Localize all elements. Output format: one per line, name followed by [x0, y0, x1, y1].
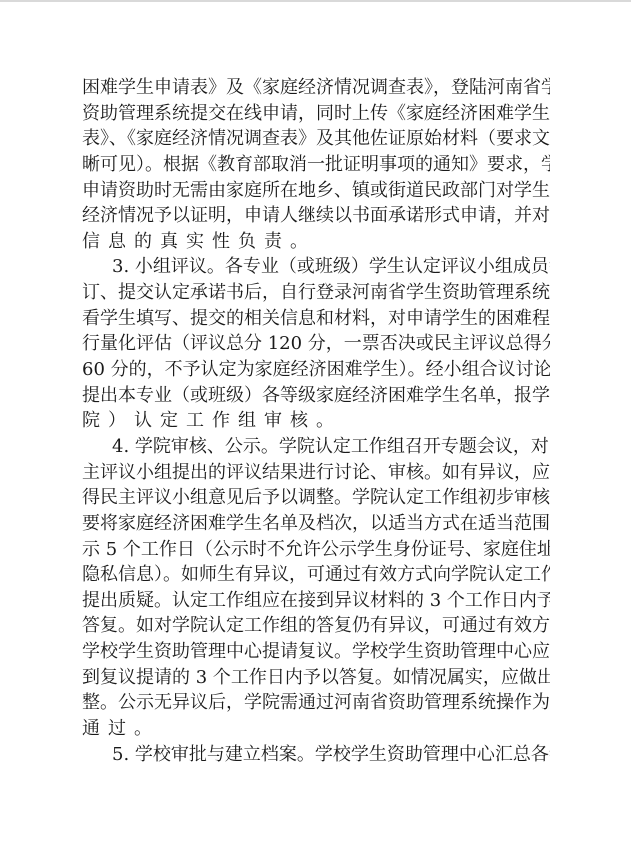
document-body: 困难学生申请表》及《家庭经济情况调查表》，登陆河南省学生 资助管理系统提交在线申…: [82, 75, 550, 767]
paragraph-step-4-college-review: 4. 学院审核、公示。学院认定工作组召开专题会议，对民 主评议小组提出的评议结果…: [82, 434, 550, 742]
text-line: 申请资助时无需由家庭所在地乡、镇或街道民政部门对学生家庭: [82, 178, 550, 204]
text-line: 看学生填写、提交的相关信息和材料，对申请学生的困难程度进: [82, 306, 550, 332]
text-line: 到复议提请的 3 个工作日内予以答复。如情况属实，应做出调: [82, 665, 550, 691]
text-line: 困难学生申请表》及《家庭经济情况调查表》，登陆河南省学生: [82, 75, 550, 101]
text-line: 隐私信息）。如师生有异议，可通过有效方式向学院认定工作组: [82, 562, 550, 588]
text-line: 整。公示无异议后，学院需通过河南省资助管理系统操作为审核: [82, 690, 550, 716]
text-line: 提出质疑。认定工作组应在接到异议材料的 3 个工作日内予以: [82, 588, 550, 614]
text-line: 表》、《家庭经济情况调查表》及其他佐证原始材料（要求文字清: [82, 126, 550, 152]
text-line: 提出本专业（或班级）各等级家庭经济困难学生名单，报学院（书: [82, 383, 550, 409]
paragraph-application-continued: 困难学生申请表》及《家庭经济情况调查表》，登陆河南省学生 资助管理系统提交在线申…: [82, 75, 550, 254]
step-heading-line: 4. 学院审核、公示。学院认定工作组召开专题会议，对民: [82, 434, 550, 460]
text-line: 示 5 个工作日（公示时不允许公示学生身份证号、家庭住址等: [82, 537, 550, 563]
text-line: 主评议小组提出的评议结果进行讨论、审核。如有异议，应在征: [82, 460, 550, 486]
text-line: 资助管理系统提交在线申请，同时上传《家庭经济困难学生申请: [82, 101, 550, 127]
paragraph-step-5-school-approval: 5. 学校审批与建立档案。学校学生资助管理中心汇总各学: [82, 742, 550, 768]
text-line: 得民主评议小组意见后予以调整。学院认定工作组初步审核后，: [82, 485, 550, 511]
text-line: 经济情况予以证明，申请人继续以书面承诺形式申请，并对提供: [82, 203, 550, 229]
text-line: 信息的真实性负责。: [82, 229, 550, 255]
document-page: 困难学生申请表》及《家庭经济情况调查表》，登陆河南省学生 资助管理系统提交在线申…: [0, 0, 631, 850]
text-line: 院）认定工作组审核。: [82, 408, 550, 434]
text-line: 晰可见）。根据《教育部取消一批证明事项的通知》要求，学生: [82, 152, 550, 178]
text-line: 答复。如对学院认定工作组的答复仍有异议，可通过有效方式向: [82, 613, 550, 639]
text-line: 订、提交认定承诺书后，自行登录河南省学生资助管理系统，查: [82, 280, 550, 306]
text-line: 通过。: [82, 716, 550, 742]
text-line: 学校学生资助管理中心提请复议。学校学生资助管理中心应在接: [82, 639, 550, 665]
step-heading-line: 5. 学校审批与建立档案。学校学生资助管理中心汇总各学: [82, 742, 550, 768]
paragraph-step-3-group-review: 3. 小组评议。各专业（或班级）学生认定评议小组成员签 订、提交认定承诺书后，自…: [82, 254, 550, 433]
text-line: 行量化评估（评议总分 120 分，一票否决或民主评议总得分低于: [82, 331, 550, 357]
step-heading-line: 3. 小组评议。各专业（或班级）学生认定评议小组成员签: [82, 254, 550, 280]
text-line: 要将家庭经济困难学生名单及档次，以适当方式在适当范围内公: [82, 511, 550, 537]
text-line: 60 分的，不予认定为家庭经济困难学生）。经小组合议讨论初步: [82, 357, 550, 383]
